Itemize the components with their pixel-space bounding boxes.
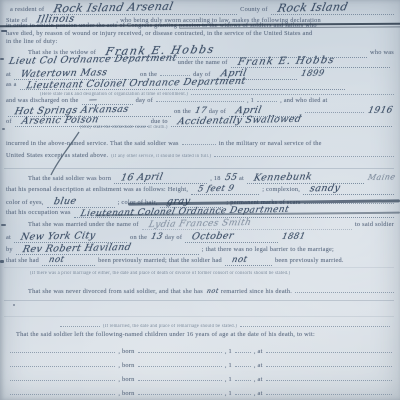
printed-text: , 1	[225, 376, 232, 383]
handwritten-entry-on-blank: New York City	[14, 231, 127, 243]
printed-text: color of eyes,	[6, 199, 44, 206]
remarriage-note-line: (If remarried, the date and place of rem…	[60, 320, 390, 329]
printed-text: day of	[209, 108, 226, 115]
printed-text: due to	[151, 118, 168, 125]
printed-text: , 1	[225, 362, 232, 369]
description-height-line: that his personal description at enlistm…	[6, 183, 394, 195]
printed-text: on the	[130, 234, 147, 241]
printed-text: , born	[118, 348, 134, 355]
printed-text: have died, by reason of wound or injury …	[6, 30, 312, 37]
child-entry-line-2: , born, 1, at	[10, 360, 392, 369]
blank-field	[235, 388, 251, 395]
printed-text: at	[6, 71, 11, 78]
printed-text: , 1	[225, 348, 232, 355]
handwritten-entry: 1881	[281, 232, 306, 242]
blank-field	[10, 360, 115, 367]
blank-field	[182, 138, 216, 145]
printed-text: in the military or naval service of the	[219, 140, 322, 147]
printed-text: that she had	[6, 257, 39, 264]
printed-text: , 18	[210, 175, 220, 182]
printed-text: that his occupation was	[6, 209, 71, 216]
margin-ink-speck	[0, 58, 4, 60]
printed-text: to said soldier	[355, 221, 394, 228]
printed-text: incurred in the above-named service. Tha…	[6, 140, 179, 147]
printed-text: that his personal description at enlistm…	[6, 186, 188, 193]
margin-ink-speck	[0, 260, 4, 263]
handwritten-entry-on-blank: not	[225, 255, 272, 266]
printed-text: as a	[6, 81, 17, 88]
printed-text: remarried since his death.	[221, 288, 292, 295]
small-print-note: (If remarried, the date and place of rem…	[103, 324, 237, 329]
printed-text: been previously married.	[275, 257, 344, 264]
blank-field	[235, 360, 251, 367]
blank-field	[138, 374, 222, 381]
printed-text: , at	[254, 362, 263, 369]
scanned-pension-declaration-page: a resident ofRock Island ArsenalCounty o…	[0, 0, 400, 400]
printed-text: been previously married; that the soldie…	[98, 257, 222, 264]
cause-note-line: (Only state the immediate cause of death…	[80, 125, 394, 130]
faint-rule	[4, 300, 394, 301]
handwritten-entry-on-blank: not	[42, 255, 95, 266]
child-entry-line-1: , born, 1, at	[10, 346, 392, 355]
faint-rule	[4, 267, 394, 268]
blank-field	[266, 374, 392, 381]
handwritten-entry: 13	[150, 232, 164, 242]
blank-field	[10, 388, 115, 395]
printed-text: , born	[118, 376, 134, 383]
divorce-remarriage-line: That she was never divorced from said so…	[28, 286, 394, 295]
marriage-name-line: That she was married under the name ofLy…	[28, 219, 394, 230]
blank-field	[266, 346, 392, 353]
printed-text: That the said soldier left the following…	[16, 331, 315, 338]
faint-rule	[4, 168, 394, 169]
printed-text: at	[6, 234, 11, 241]
handwritten-entry-on-blank: 5 feet 9	[191, 184, 259, 195]
printed-text: of	[6, 118, 12, 125]
printed-text: , 1	[225, 390, 232, 397]
blank-field	[138, 346, 222, 353]
small-print-note: (If any other service, it should be stat…	[111, 154, 211, 159]
blank-field	[138, 388, 222, 395]
blank-field	[156, 95, 244, 102]
boilerplate-cause-line: have died, by reason of wound or injury …	[6, 30, 394, 37]
printed-text: That she was married under the name of	[28, 221, 139, 228]
margin-ink-speck	[2, 128, 5, 130]
printed-text: under the name of	[178, 59, 228, 66]
prior-marriage-line: that she hadnotbeen previously married; …	[6, 255, 394, 266]
children-heading-line: That the said soldier left the following…	[16, 331, 394, 338]
handwritten-entry-on-blank: Frank E. Hobbs	[231, 56, 390, 68]
handwritten-entry: Lieut Col Ordnance Department	[8, 53, 178, 67]
child-entry-line-3: , born, 1, at	[10, 374, 392, 383]
blank-field	[191, 88, 394, 95]
marriage-place-date-line: atNew York Cityon the13day ofOctober1881	[6, 231, 394, 243]
handwritten-entry: Maine	[367, 172, 396, 182]
handwritten-entry: not	[206, 287, 220, 295]
blank-field	[60, 320, 100, 327]
printed-text: , and who died at	[280, 97, 327, 104]
child-entry-line-4: , born, 1, at	[10, 388, 392, 397]
blank-field	[235, 374, 251, 381]
handwritten-entry-on-blank: sandy	[303, 183, 394, 195]
margin-ink-speck	[1, 224, 6, 226]
printed-text: , at	[254, 348, 263, 355]
blank-field	[240, 320, 390, 327]
blank-field	[10, 374, 115, 381]
printed-text: County of	[240, 6, 268, 13]
faint-rule	[4, 316, 394, 317]
blank-field	[10, 346, 115, 353]
service-name-line: Lieut Col Ordnance Departmentunder the n…	[8, 56, 390, 68]
handwritten-entry: 55	[224, 173, 238, 183]
printed-text: day of	[136, 97, 153, 104]
small-print-note: (If there was a prior marriage of either…	[30, 271, 290, 276]
blank-field	[257, 95, 277, 102]
margin-ink-speck	[13, 304, 15, 306]
blank-field	[305, 106, 364, 113]
printed-text: , born	[118, 362, 134, 369]
marriage-officiant-line: byRev Robert Haviland; that there was no…	[6, 243, 394, 255]
blank-field	[214, 150, 394, 157]
printed-text: ; that there was no legal barrier to the…	[202, 246, 334, 253]
printed-text: , born	[118, 390, 134, 397]
blank-field	[266, 360, 392, 367]
stray-pen-stroke	[48, 130, 88, 178]
printed-text: who was	[370, 49, 394, 56]
handwritten-entry-on-blank: Lydia Frances Smith	[142, 219, 352, 230]
blank-field	[160, 69, 190, 76]
printed-text: ; complexion,	[262, 186, 300, 193]
printed-text: , 1	[247, 97, 254, 104]
printed-text: on the	[174, 108, 191, 115]
printed-text: by	[6, 246, 13, 253]
printed-text: at	[239, 175, 244, 182]
printed-text: , at	[254, 376, 263, 383]
prior-marriage-note-line: (If there was a prior marriage of either…	[30, 271, 370, 276]
blank-field	[235, 346, 251, 353]
printed-text: That she was never divorced from said so…	[28, 288, 203, 295]
small-print-note: (Only state the immediate cause of death…	[80, 125, 168, 130]
handwritten-entry-on-blank: Rev Robert Haviland	[16, 243, 199, 255]
handwritten-entry-on-blank: Rock Island	[271, 1, 394, 15]
printed-text: and was discharged on the	[6, 97, 79, 104]
blank-field	[138, 360, 222, 367]
blank-field	[295, 286, 394, 293]
blank-field	[266, 388, 392, 395]
printed-text: a resident of	[10, 6, 44, 13]
discharge-line: and was discharged on the—day of, 1, and…	[6, 95, 394, 105]
margin-ink-speck	[1, 30, 7, 32]
handwritten-entry-on-blank: October	[185, 231, 278, 243]
printed-text: , at	[254, 390, 263, 397]
printed-text: day of	[165, 234, 182, 241]
